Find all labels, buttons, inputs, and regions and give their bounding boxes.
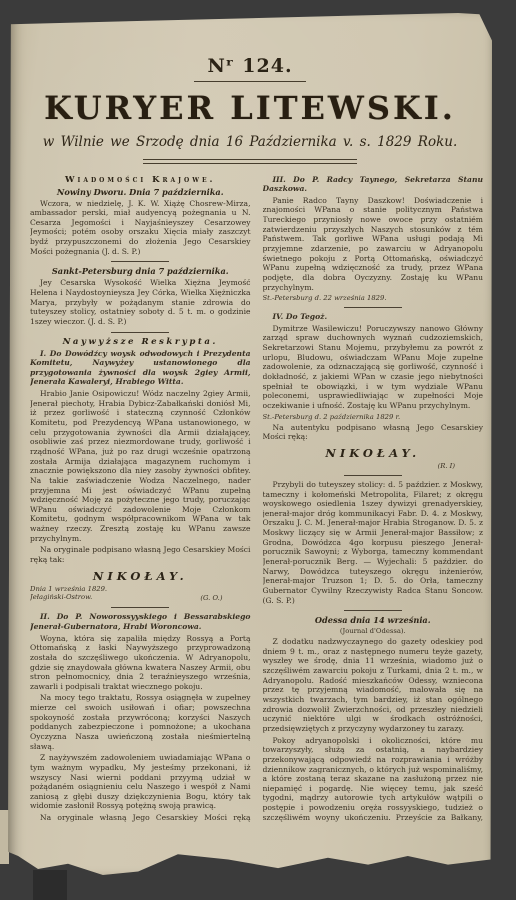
divider-rule	[344, 610, 402, 611]
rescript-address: IV. Do Tegoż.	[263, 312, 484, 322]
article-paragraph: Dymitrze Wasilewiczu! Poruczywszy nanowo…	[263, 324, 484, 411]
imperial-signature: NIKOŁAY.	[263, 446, 484, 460]
dateline-heading: Odessa dnia 14 września.	[263, 615, 484, 625]
article-paragraph: Pokoy adryanopolski i okoliczności, któr…	[263, 736, 484, 823]
article-paragraph: Na mocy tego traktatu, Rossya osiągnęła …	[30, 693, 251, 751]
divider-rule	[111, 332, 169, 333]
place-date-line: St.-Petersburg d. 22 września 1829.	[263, 294, 484, 302]
rescripts-heading: Naywyższe Reskrypta.	[30, 337, 251, 347]
dateline-heading: Sankt-Petersburg dnia 7 października.	[30, 266, 251, 276]
divider-rule	[344, 307, 402, 308]
signature-dateline: Dnia 1 września 1829. Jełagiński-Ostrow.…	[30, 585, 251, 603]
article-paragraph: Panie Radco Tayny Daszkow! Doświadczenie…	[263, 196, 484, 292]
article-paragraph: Z nayżywszém zadowoleniem uwiadamiając W…	[30, 753, 251, 811]
issue-number: Nʳ 124.	[8, 55, 492, 77]
newspaper-title: KURYER LITEWSKI.	[8, 89, 492, 127]
scan-background: { "page": { "background_color": "#3b3b3b…	[0, 0, 516, 900]
clip-shadow	[33, 870, 67, 900]
rescript-address: I. Do Dowódźcy woysk odwodowych i Prezyd…	[30, 349, 251, 388]
article-paragraph: Woyna, która się zapaliła między Rossyą …	[30, 634, 251, 692]
masthead-dateline: w Wilnie we Srzodę dnia 16 Października …	[8, 134, 492, 150]
article-paragraph: Jey Cesarska Wysokość Wielka Xiężna Jeym…	[30, 278, 251, 326]
rescript-address: III. Do P. Radcy Taynego, Sekretarza Sta…	[263, 175, 484, 194]
masthead: Nʳ 124. KURYER LITEWSKI. w Wilnie we Srz…	[8, 13, 492, 164]
text-columns: Wiadomości Krajowe.Nowiny Dworu. Dnia 7 …	[8, 164, 492, 823]
source-note: (Journal d'Odessa).	[263, 627, 484, 635]
article-paragraph: Na oryginale własną Jego Cesarskiey Mośc…	[30, 813, 251, 822]
dateline-heading: Nowiny Dworu. Dnia 7 października.	[30, 187, 251, 197]
scanner-bed: Nʳ 124. KURYER LITEWSKI. w Wilnie we Srz…	[0, 0, 516, 900]
divider-rule	[111, 261, 169, 262]
left-column: Wiadomości Krajowe.Nowiny Dworu. Dnia 7 …	[30, 175, 251, 823]
divider-rule	[344, 475, 402, 476]
article-paragraph: Na autentyku podpisano własną Jego Cesar…	[263, 423, 484, 442]
divider-rule	[111, 607, 169, 608]
article-paragraph: Przybyli do tuteyszey stolicy: d. 5 paźd…	[263, 480, 484, 605]
signature-dateline: (R. I)	[263, 462, 484, 470]
imperial-signature: NIKOŁAY.	[30, 569, 251, 583]
rescript-address: II. Do P. Noworossyyskiego i Bessarabski…	[30, 612, 251, 631]
clerk-initials: (G. O.)	[200, 594, 222, 602]
issue-rule	[194, 81, 306, 82]
article-paragraph: Z dodatku nadzwyczaynego do gazety odesk…	[263, 637, 484, 733]
newspaper-page: Nʳ 124. KURYER LITEWSKI. w Wilnie we Srz…	[8, 13, 492, 875]
clerk-initials: (R. I)	[438, 462, 455, 470]
place-date: Dnia 1 września 1829. Jełagiński-Ostrow.	[30, 585, 107, 603]
article-paragraph: Hrabio Janie Osipowiczu! Wódz naczelny 2…	[30, 389, 251, 543]
article-paragraph: Na oryginale podpisano własną Jego Cesar…	[30, 545, 251, 564]
place-date-line: St.-Petersburg d. 2 października 1829 r.	[263, 413, 484, 421]
right-column: III. Do P. Radcy Taynego, Sekretarza Sta…	[263, 175, 484, 823]
section-heading: Wiadomości Krajowe.	[30, 175, 251, 185]
adjacent-page-edge	[0, 810, 9, 864]
article-paragraph: Wczora, w niedzielę, J. K. W. Xiążę Chos…	[30, 199, 251, 257]
